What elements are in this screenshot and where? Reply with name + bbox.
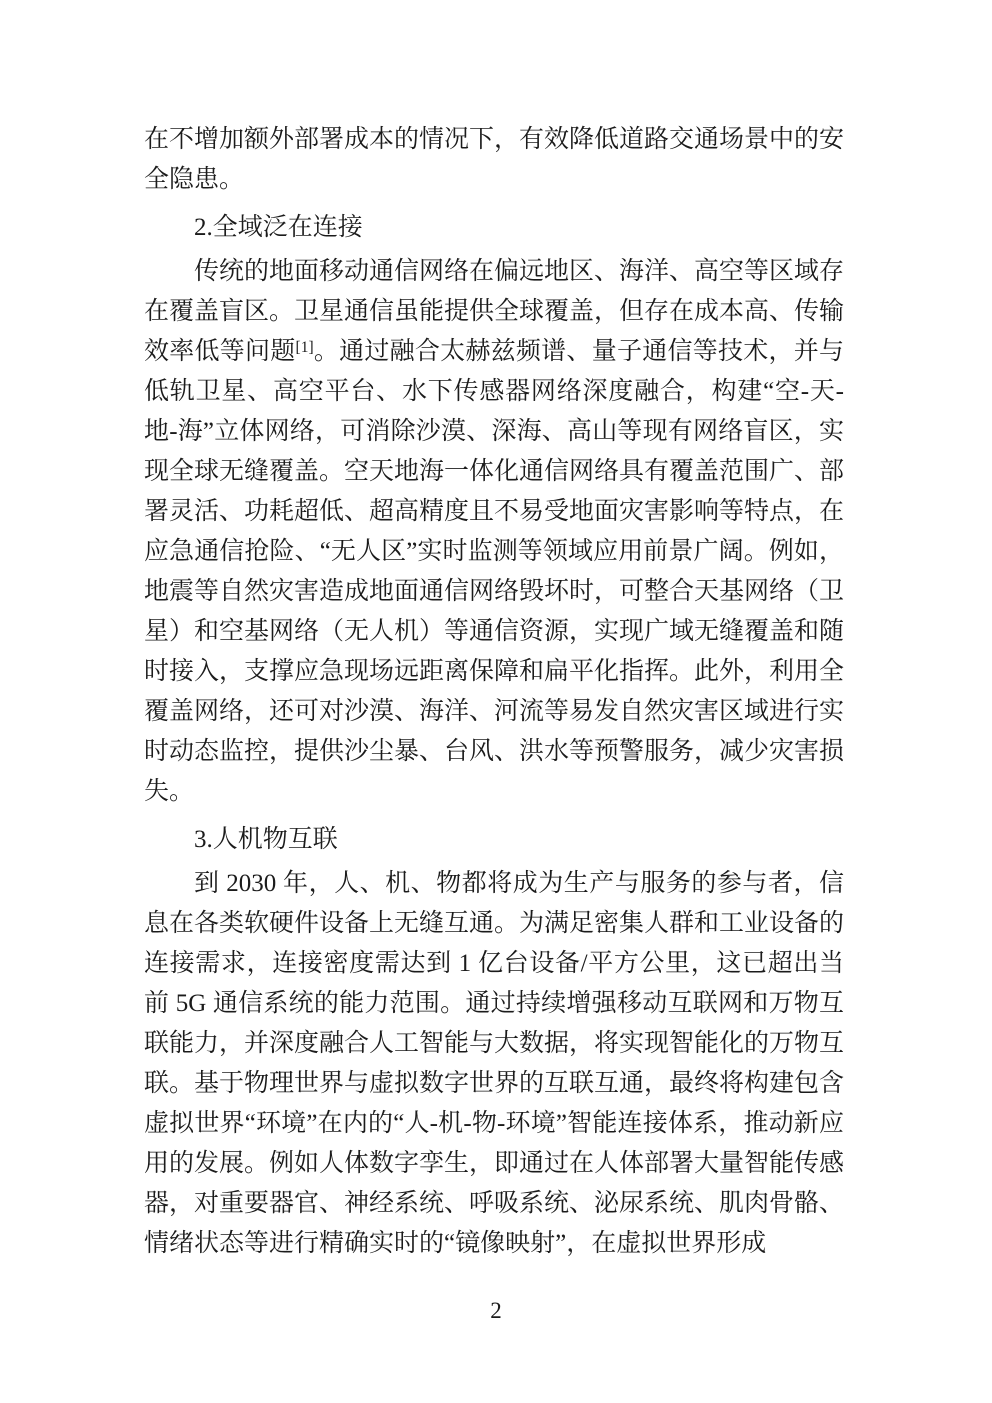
text-run: 。通过融合太赫兹频谱、量子通信等技术，并与低轨卫星、高空平台、水下传感器网络深度… (144, 338, 844, 805)
paragraph-continued-from-previous-page: 在不增加额外部署成本的情况下，有效降低道路交通场景中的安全隐患。 (144, 120, 844, 200)
footnote-reference-1: [1] (296, 339, 314, 356)
section-heading-3-renjiwu-hulian: 3.人机物互联 (144, 820, 844, 860)
document-page: 在不增加额外部署成本的情况下，有效降低道路交通场景中的安全隐患。 2.全域泛在连… (0, 0, 992, 1403)
text-run: 到 2030 年，人、机、物都将成为生产与服务的参与者，信息在各类软硬件设备上无… (144, 870, 844, 1257)
document-body: 在不增加额外部署成本的情况下，有效降低道路交通场景中的安全隐患。 2.全域泛在连… (144, 120, 844, 1264)
paragraph-section-2-body: 传统的地面移动通信网络在偏远地区、海洋、高空等区域存在覆盖盲区。卫星通信虽能提供… (144, 252, 844, 812)
section-heading-2-quanyu-fanzai-lianjie: 2.全域泛在连接 (144, 208, 844, 248)
text-run: 2.全域泛在连接 (194, 214, 363, 241)
text-run: 在不增加额外部署成本的情况下，有效降低道路交通场景中的安全隐患。 (144, 126, 844, 193)
page-number: 2 (0, 1296, 992, 1326)
text-run: 3.人机物互联 (194, 826, 338, 853)
paragraph-section-3-body: 到 2030 年，人、机、物都将成为生产与服务的参与者，信息在各类软硬件设备上无… (144, 864, 844, 1264)
